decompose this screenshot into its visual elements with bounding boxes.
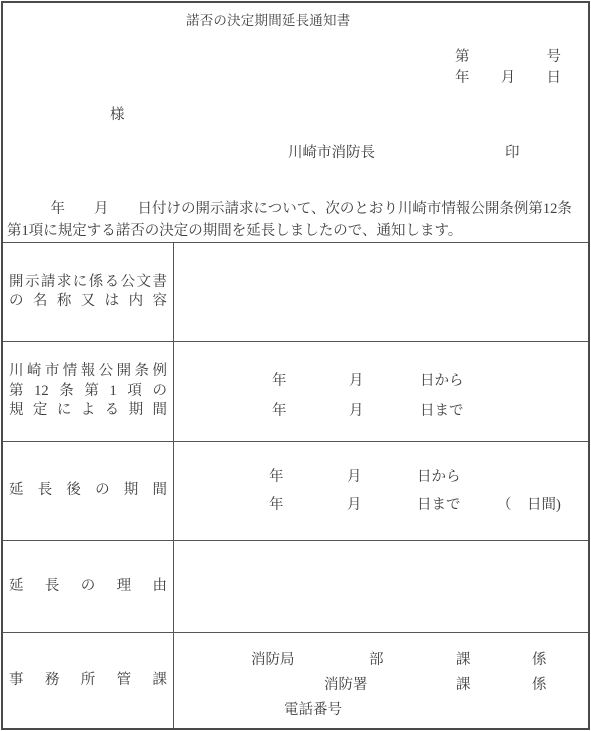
row-content-original-period: 年 月 日から 年 月 日まで <box>174 342 588 441</box>
section-label: 課 <box>456 648 471 669</box>
doc-number-suffix: 号 <box>547 45 562 66</box>
doc-number-prefix: 第 <box>455 45 470 66</box>
notice-document-page: 諾否の決定期間延長通知書 第 号 年 月 日 様 川崎市消防長 印 年 月 日付… <box>0 0 591 731</box>
label-line: 事務所管課 <box>9 671 167 691</box>
body-paragraph-line2: 第1項に規定する諾否の決定の期間を延長しましたので、通知します。 <box>7 219 587 240</box>
row-label-office-in-charge: 事務所管課 <box>3 633 174 728</box>
day-until-label: 日まで <box>417 493 461 514</box>
label-line: 川崎市情報公開条例 <box>9 362 167 382</box>
row-content-extended-period: 年 月 日から 年 月 日まで （ 日間) <box>174 442 588 540</box>
row-label-original-period: 川崎市情報公開条例 第12条第1項の 規定による期間 <box>3 342 174 441</box>
month-label: 月 <box>349 399 364 420</box>
label-line: の名称又は内容 <box>9 292 167 312</box>
row-label-extension-reason: 延長の理由 <box>3 541 174 632</box>
row-label-subject-documents: 開示請求に係る公文書 の名称又は内容 <box>3 243 174 341</box>
department-label: 部 <box>369 648 384 669</box>
row-label-extended-period: 延長後の期間 <box>3 442 174 540</box>
body-paragraph-line1: 年 月 日付けの開示請求について、次のとおり川崎市情報公開条例第12条 <box>7 197 587 218</box>
year-label: 年 <box>269 465 284 486</box>
day-from-label: 日から <box>417 465 461 486</box>
table-row-extended-period: 延長後の期間 年 月 日から 年 月 日まで （ 日間) <box>3 442 588 541</box>
table-row-office-in-charge: 事務所管課 消防局 部 課 係 消防署 課 係 電話番号 <box>3 633 588 728</box>
year-label: 年 <box>455 66 470 87</box>
table-row-extension-reason: 延長の理由 <box>3 541 588 633</box>
day-until-label: 日まで <box>420 399 464 420</box>
fire-bureau-label: 消防局 <box>251 648 295 669</box>
label-line: 延長の理由 <box>9 577 167 597</box>
day-label: 日 <box>547 66 562 87</box>
label-line: 延長後の期間 <box>9 481 167 501</box>
unit-label: 係 <box>532 648 547 669</box>
row-content-subject-documents <box>174 243 588 341</box>
table-row-subject-documents: 開示請求に係る公文書 の名称又は内容 <box>3 243 588 342</box>
table-row-original-period: 川崎市情報公開条例 第12条第1項の 規定による期間 年 月 日から 年 月 日… <box>3 342 588 442</box>
label-line: 第12条第1項の <box>9 382 167 402</box>
days-count-label: 日間) <box>527 493 561 514</box>
issuer-name: 川崎市消防長 <box>288 141 375 162</box>
doc-number-line: 第 号 <box>455 45 561 66</box>
month-label: 月 <box>347 493 362 514</box>
document-title: 諾否の決定期間延長通知書 <box>186 9 350 29</box>
day-from-label: 日から <box>420 369 464 390</box>
paren-open: （ <box>497 493 512 514</box>
year-label: 年 <box>272 369 287 390</box>
row-content-extension-reason <box>174 541 588 632</box>
issue-date-line: 年 月 日 <box>455 66 561 87</box>
form-table: 開示請求に係る公文書 の名称又は内容 川崎市情報公開条例 第12条第1項の 規定… <box>3 242 588 728</box>
month-label: 月 <box>349 369 364 390</box>
year-label: 年 <box>272 399 287 420</box>
seal-mark: 印 <box>505 141 520 162</box>
month-label: 月 <box>347 465 362 486</box>
unit-label: 係 <box>532 673 547 694</box>
label-line: 開示請求に係る公文書 <box>9 273 167 293</box>
year-label: 年 <box>269 493 284 514</box>
phone-number-label: 電話番号 <box>284 698 342 719</box>
fire-station-label: 消防署 <box>324 673 368 694</box>
section-label: 課 <box>456 673 471 694</box>
row-content-office-in-charge: 消防局 部 課 係 消防署 課 係 電話番号 <box>174 633 588 728</box>
month-label: 月 <box>501 66 516 87</box>
addressee-honorific: 様 <box>110 103 125 124</box>
label-line: 規定による期間 <box>9 401 167 421</box>
